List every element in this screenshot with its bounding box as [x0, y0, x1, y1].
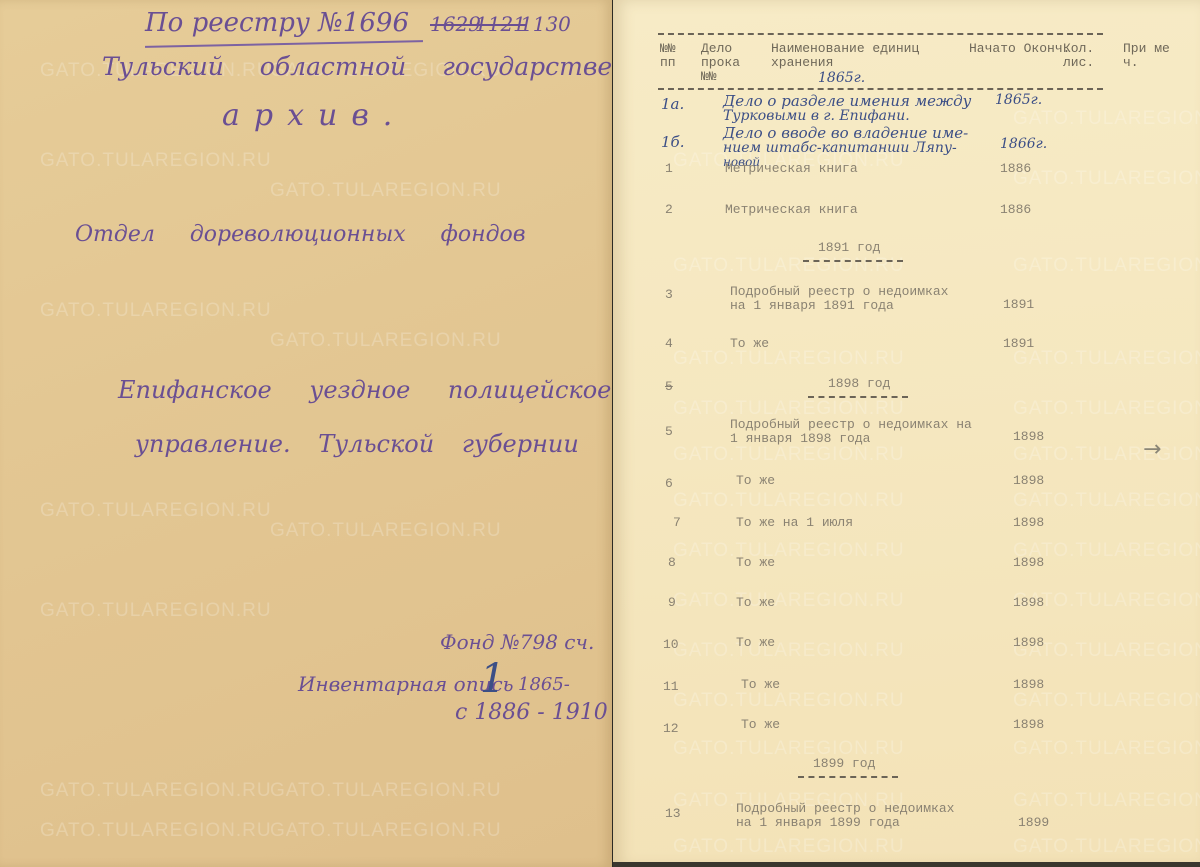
- department-title: Отдел дореволюционных фондов: [75, 222, 526, 247]
- row-title-line1: То же на 1 июля: [736, 516, 853, 530]
- section-heading-1899: 1899 год: [813, 757, 875, 771]
- watermark: GATO.TULAREGION.RU: [1013, 444, 1200, 466]
- header-top-rule: [658, 33, 1103, 35]
- row-year: 1886: [1000, 203, 1031, 217]
- row-title-line2: нием штабс-капитанши Ляпу-: [723, 140, 957, 156]
- inventory-year-range: с 1886 - 1910: [455, 700, 608, 725]
- row-number: 4: [665, 337, 673, 351]
- watermark: GATO.TULAREGION.RU: [673, 640, 905, 662]
- row-number: 8: [668, 556, 676, 570]
- row-year: 1898: [1013, 636, 1044, 650]
- watermark: GATO.TULAREGION.RU: [1013, 168, 1200, 190]
- institution-name-line1: Епифанское уездное полицейское: [118, 376, 611, 404]
- row-title-line1: То же: [730, 337, 769, 351]
- struck-row-number: 5: [665, 380, 673, 394]
- watermark: GATO.TULAREGION.RU: [40, 780, 272, 802]
- row-title-line1: То же: [736, 636, 775, 650]
- row-title: Метрическая книга: [725, 203, 858, 217]
- row-title-line2: Турковыми в г. Епифани.: [723, 108, 910, 124]
- row-number: 1а.: [661, 95, 684, 113]
- section-heading-1898: 1898 год: [828, 377, 890, 391]
- row-year: 1898: [1013, 516, 1044, 530]
- row-title-line2: на 1 января 1891 года: [730, 299, 894, 313]
- row-number: 1: [665, 162, 673, 176]
- watermark: GATO.TULAREGION.RU: [673, 590, 905, 612]
- header-col-case: Дело прока №№: [701, 42, 741, 84]
- row-year: 1899: [1018, 816, 1049, 830]
- row-number: 7: [673, 516, 681, 530]
- row-title-line2: на 1 января 1899 года: [736, 816, 900, 830]
- watermark: GATO.TULAREGION.RU: [40, 150, 272, 172]
- watermark: GATO.TULAREGION.RU: [1013, 348, 1200, 370]
- watermark: GATO.TULAREGION.RU: [673, 540, 905, 562]
- section-rule: [808, 396, 908, 398]
- row-title-line1: Подробный реестр о недоимках на: [730, 418, 972, 432]
- scan-bottom-edge: [613, 862, 1200, 867]
- section-rule: [798, 776, 898, 778]
- row-year: 1865г.: [995, 92, 1042, 108]
- row-title: Метрическая книга: [725, 162, 858, 176]
- watermark: GATO.TULAREGION.RU: [40, 300, 272, 322]
- header-handwritten-year: 1865г.: [818, 70, 865, 86]
- row-number: 10: [663, 638, 679, 652]
- row-title-line2: 1 января 1898 года: [730, 432, 870, 446]
- inventory-number: 1: [480, 656, 505, 702]
- watermark: GATO.TULAREGION.RU: [1013, 738, 1200, 760]
- row-year: 1898: [1013, 718, 1044, 732]
- watermark: GATO.TULAREGION.RU: [40, 500, 272, 522]
- row-year: 1898: [1013, 596, 1044, 610]
- watermark: GATO.TULAREGION.RU: [673, 444, 905, 466]
- watermark: GATO.TULAREGION.RU: [40, 600, 272, 622]
- watermark: GATO.TULAREGION.RU: [673, 348, 905, 370]
- row-year: 1891: [1003, 298, 1034, 312]
- watermark: GATO.TULAREGION.RU: [270, 820, 502, 842]
- row-year: 1898: [1013, 474, 1044, 488]
- header-col-notes: При ме ч.: [1123, 42, 1173, 70]
- archive-cover-page: GATO.TULAREGION.RU GATO.TULAREGION.RU GA…: [0, 0, 612, 867]
- watermark: GATO.TULAREGION.RU: [1013, 690, 1200, 712]
- row-title-line1: То же: [741, 678, 780, 692]
- watermark: GATO.TULAREGION.RU: [270, 330, 502, 352]
- row-number: 12: [663, 722, 679, 736]
- register-struck-number: 1629: [430, 12, 481, 36]
- row-title-line1: Подробный реестр о недоимках: [730, 285, 948, 299]
- row-number: 3: [665, 288, 673, 302]
- header-col-title: Наименование единиц хранения: [771, 42, 971, 70]
- row-number: 9: [668, 596, 676, 610]
- archive-label: архив.: [222, 98, 406, 133]
- watermark: GATO.TULAREGION.RU: [1013, 836, 1200, 858]
- register-label: По реестру №1696: [145, 8, 409, 38]
- row-title-line1: То же: [736, 556, 775, 570]
- row-number: 5: [665, 425, 673, 439]
- header-col-num: №№ пп: [660, 42, 688, 70]
- watermark: GATO.TULAREGION.RU: [673, 490, 905, 512]
- register-struck-number: 1121: [475, 12, 526, 36]
- archive-name: Тульский областной государственный: [102, 52, 682, 81]
- row-year: 1866г.: [1000, 136, 1047, 152]
- row-year: 1898: [1013, 430, 1044, 444]
- row-number: 6: [665, 477, 673, 491]
- watermark: GATO.TULAREGION.RU: [673, 690, 905, 712]
- watermark: GATO.TULAREGION.RU: [1013, 108, 1200, 130]
- section-heading-1891: 1891 год: [818, 241, 880, 255]
- institution-name-line2: управление. Тульской губернии: [135, 430, 579, 458]
- header-col-dates: Начато Оконч.: [969, 42, 1059, 56]
- watermark: GATO.TULAREGION.RU: [673, 836, 905, 858]
- watermark: GATO.TULAREGION.RU: [1013, 490, 1200, 512]
- row-number: 11: [663, 680, 679, 694]
- header-bottom-rule: [658, 88, 1103, 90]
- row-number: 1б.: [661, 133, 684, 151]
- watermark: GATO.TULAREGION.RU: [673, 255, 905, 277]
- row-year: 1898: [1013, 556, 1044, 570]
- watermark: GATO.TULAREGION.RU: [270, 180, 502, 202]
- row-year: 1898: [1013, 678, 1044, 692]
- register-current-number: 1130: [520, 12, 571, 36]
- arrow-right-icon: →: [1143, 437, 1161, 462]
- header-col-sheets: Кол. лис.: [1063, 42, 1103, 70]
- row-number: 13: [665, 807, 681, 821]
- section-rule: [803, 260, 903, 262]
- watermark: GATO.TULAREGION.RU: [270, 780, 502, 802]
- inventory-list-page: GATO.TULAREGION.RU GATO.TULAREGION.RU GA…: [613, 0, 1200, 867]
- row-year: 1891: [1003, 337, 1034, 351]
- row-title-line1: Подробный реестр о недоимках: [736, 802, 954, 816]
- watermark: GATO.TULAREGION.RU: [1013, 790, 1200, 812]
- row-title-line1: То же: [736, 596, 775, 610]
- row-year: 1886: [1000, 162, 1031, 176]
- register-underline: [145, 40, 423, 48]
- fond-number: Фонд №798 сч.: [440, 630, 594, 654]
- row-title-line1: То же: [736, 474, 775, 488]
- inventory-year-start: 1865-: [518, 674, 570, 695]
- watermark: GATO.TULAREGION.RU: [1013, 255, 1200, 277]
- row-title-line1: То же: [741, 718, 780, 732]
- watermark: GATO.TULAREGION.RU: [40, 820, 272, 842]
- row-number: 2: [665, 203, 673, 217]
- watermark: GATO.TULAREGION.RU: [270, 520, 502, 542]
- watermark: GATO.TULAREGION.RU: [1013, 398, 1200, 420]
